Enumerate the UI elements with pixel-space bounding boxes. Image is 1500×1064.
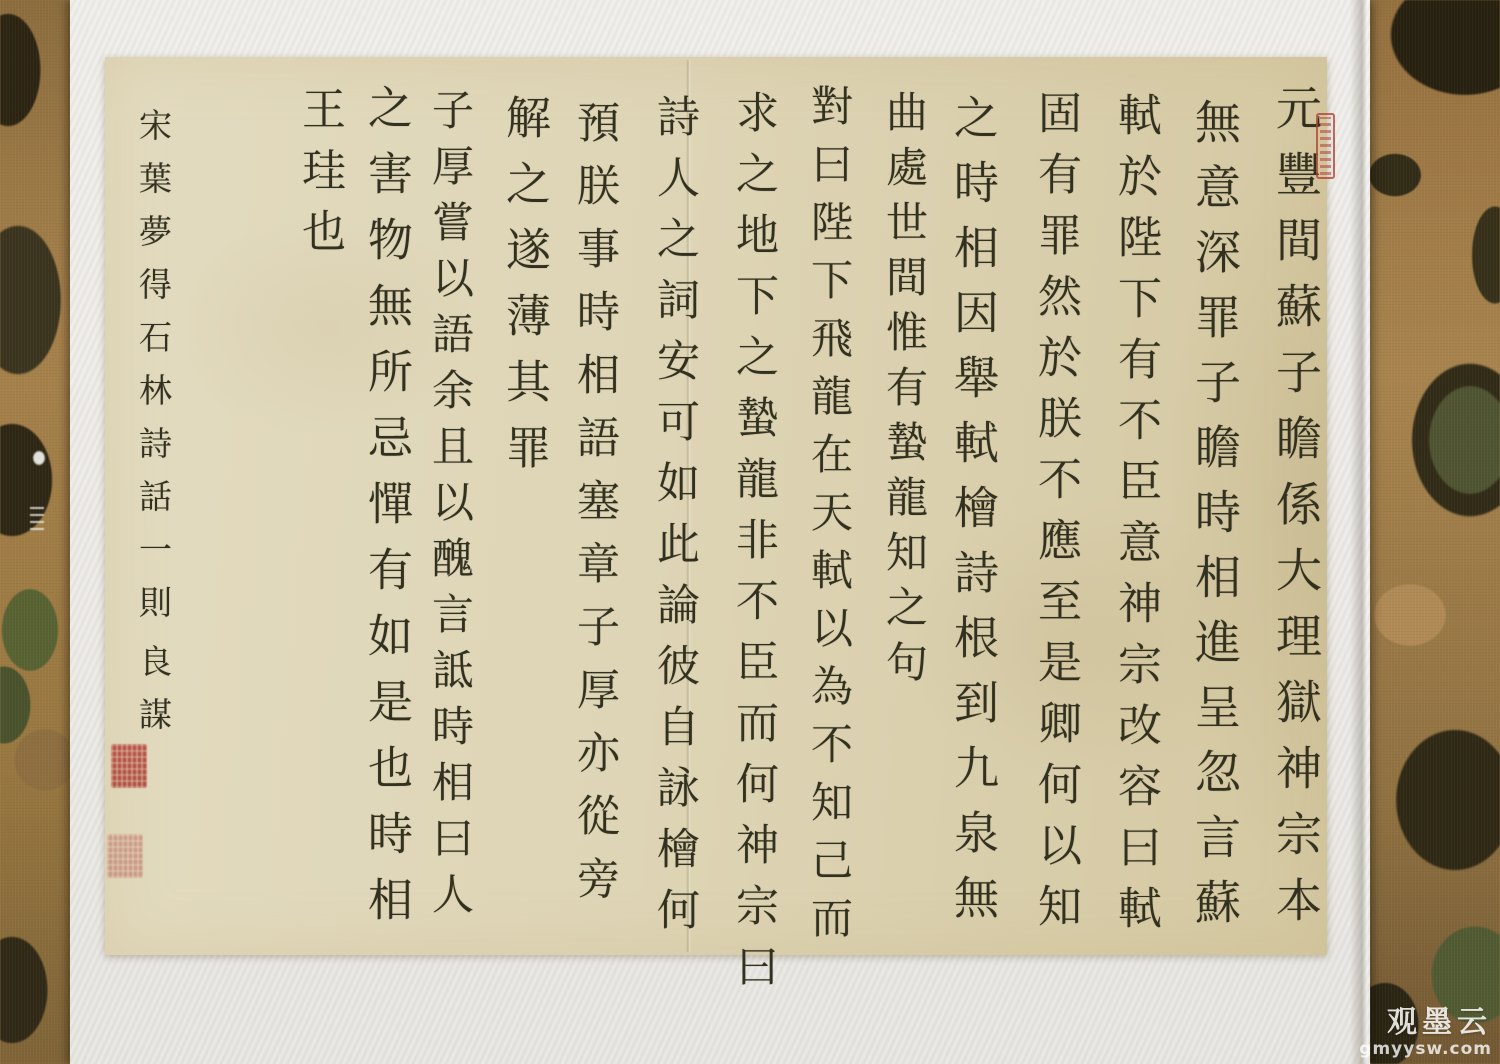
site-watermark: 观墨云 gmyysw.com — [1359, 1006, 1492, 1060]
mount-crease-shadow — [1350, 0, 1370, 1064]
colophon-column: 宋葉夢得石林詩話一則良謀 — [130, 108, 177, 750]
watermark-site-url: gmyysw.com — [1359, 1040, 1492, 1060]
fabric-selvage-mark — [26, 444, 52, 536]
text-column-9: 詩人之詞安可如此論彼自詠檜何 — [645, 94, 706, 948]
watermark-site-name: 观墨云 — [1359, 1006, 1492, 1041]
colophon-text: 宋葉夢得石林詩話一則 — [134, 108, 173, 638]
text-column-7: 對曰陛下飛龍在天軾以為不知己而 — [799, 84, 859, 954]
text-column-1: 元豐間蘇子瞻係大理獄神宗本 — [1263, 84, 1329, 942]
signature-seal-1 — [111, 744, 147, 788]
text-column-4: 固有罪然於朕不應至是卿何以知 — [1023, 90, 1087, 944]
photograph-of-calligraphy: { "calligraphy": { "script_columns": [ "… — [0, 0, 1500, 1064]
text-column-2: 無意深罪子瞻時相進呈忽言蘇 — [1182, 98, 1248, 943]
brocade-fabric-right — [1370, 0, 1500, 1064]
text-column-10: 預朕事時相語塞章子厚亦從旁 — [565, 100, 626, 919]
text-column-8: 求之地下之蟄龍非不臣而何神宗曰 — [724, 90, 785, 1005]
text-column-6: 曲處世間惟有蟄龍知之句 — [874, 90, 934, 695]
signature-seal-2 — [107, 834, 143, 878]
text-column-5: 之時相因舉軾檜詩根到九泉無 — [940, 94, 1005, 939]
text-column-14: 王珪也 — [287, 86, 351, 269]
signature-text: 良謀 — [134, 644, 173, 750]
header-seal — [1316, 113, 1335, 179]
text-column-13: 之害物無所忌憚有如是也時相 — [354, 84, 419, 942]
text-column-11: 解之遂薄其罪 — [492, 94, 557, 490]
text-column-12: 子厚嘗以語余且以醜言詆時相曰人 — [420, 88, 480, 928]
text-column-3: 軾於陛下有不臣意神宗改容曰軾 — [1103, 92, 1167, 946]
